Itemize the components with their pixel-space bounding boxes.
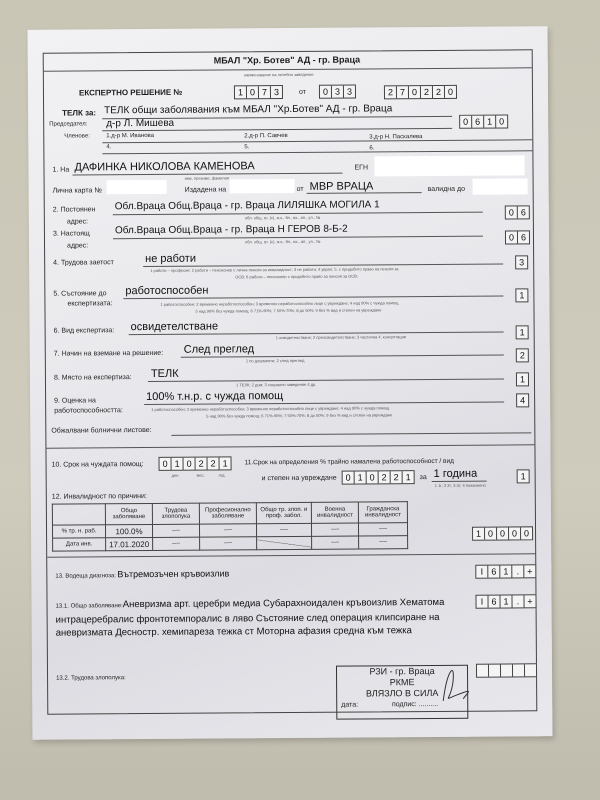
work-accident-code — [476, 663, 537, 677]
state-code: 1 — [515, 288, 528, 302]
disability-table: Общо заболяване Трудова злополука Профес… — [52, 501, 408, 551]
row-label: % тр. н. раб. — [52, 525, 105, 538]
employment-hint: 1 работи – професия; 2 работи – пенсионе… — [150, 266, 398, 273]
column-header: Общо тр. злоп. и проф. забол. — [256, 502, 311, 523]
work-accident-label: 13.2. Трудова злополука: — [56, 675, 126, 681]
issuer: МВР ВРАЦА — [310, 180, 374, 192]
name-label: 1. На — [52, 167, 69, 174]
lead-diagnosis-code: I61.+ — [475, 564, 536, 578]
exam-type-label: 6. Вид експертиза: — [54, 327, 115, 334]
address-caption-2: обл. общ. гр. (с), ж.к., бл., вх., ап., … — [245, 239, 320, 245]
permanent-address-label-2: адрес: — [67, 218, 88, 225]
place-code: 1 — [516, 372, 529, 386]
general-disease-code: I61.+ — [475, 594, 536, 608]
state-value: работоспособен — [125, 285, 208, 298]
assessment-value: 100% т.н.р. с чужда помощ — [146, 390, 283, 403]
members-label: Членове: — [64, 133, 90, 139]
state-label-2: експертизата: — [67, 300, 112, 307]
caption-month: мес. — [197, 473, 205, 478]
general-disease-label: 13.1. Общо заболяване: — [56, 603, 123, 609]
table-cell — [257, 536, 312, 549]
institution-caption: наименование на лечебно заведение — [244, 72, 314, 77]
caption-year: год. — [219, 472, 226, 477]
stamp-signature-label: подпис: — [392, 701, 417, 708]
row-label: Дата инв. — [53, 538, 106, 551]
assessment-code: 4 — [516, 393, 529, 407]
table-cell: ---- — [312, 536, 359, 549]
employment-value: не работи — [145, 253, 196, 265]
lead-diagnosis-label: 13. Водеща диагноза: — [55, 573, 116, 579]
column-header: Трудова злополука — [152, 503, 199, 524]
id-card-label: Лична карта № — [53, 187, 102, 194]
name-caption: име, презиме, фамилия — [185, 175, 230, 180]
redacted-egn — [374, 155, 524, 176]
signature-scribble — [433, 661, 473, 711]
column-header: Военна инвалидност — [311, 502, 358, 523]
form-frame: МБАЛ "Хр. Ботев" АД - гр. Враца наименов… — [43, 49, 538, 714]
table-cell: ---- — [256, 523, 311, 536]
telk-value: ТЕЛК общи заболявания към МБАЛ "Хр.Ботев… — [104, 103, 392, 116]
help-term-boxes: 010221 — [159, 456, 232, 471]
valid-until-label: валидна до — [428, 186, 465, 193]
lead-diagnosis: Вътремозъчен кръвоизлив — [117, 568, 229, 579]
decision-number-boxes: 1073 — [234, 85, 283, 99]
exam-type-hint: 1 освидетелстване; 2 преосвидетелстване;… — [276, 334, 406, 340]
place-label: 8. Място на експертиза: — [54, 374, 132, 382]
member-5: 5. — [244, 144, 249, 150]
member-2: 2.д-р П. Савчев — [244, 133, 288, 139]
telk-code-boxes: 0610 — [459, 114, 508, 128]
member-4: 4. — [106, 144, 111, 150]
form-paper: МБАЛ "Хр. Ботев" АД - гр. Враца наименов… — [28, 26, 553, 740]
general-disease: 13.1. Общо заболяване:Аневризма арт. цер… — [55, 596, 445, 640]
member-1: 1.д-р М. Иванова — [106, 133, 154, 139]
caption-day: ден — [172, 473, 179, 478]
sick-leave-label: Обжалвани болнични листове: — [51, 427, 151, 435]
decision-label: ЕКСПЕРТНО РЕШЕНИЕ № — [79, 88, 182, 98]
protocol-number-boxes: 033 — [319, 85, 356, 99]
permanent-address-label: 2. Постоянен — [53, 206, 96, 213]
chair-label: Председател: — [49, 121, 87, 127]
table-cell: ---- — [152, 524, 199, 537]
current-address-code: 06 — [505, 230, 530, 244]
exam-type-value: освидетелстване — [131, 321, 219, 334]
method-code: 2 — [516, 348, 529, 362]
state-hint-2: 5 над 90% без чужда помощ; 6 71%-90%; 7 … — [195, 307, 381, 313]
current-address: Обл.Враца Общ.Враца - гр. Враца Н ГЕРОВ … — [115, 224, 348, 237]
table-cell: ---- — [358, 523, 407, 536]
period-boxes: 010221 — [342, 470, 415, 485]
method-label: 7. Начин на вземане на решение: — [54, 350, 163, 358]
permanent-address: Обл.Враца Общ.Враца - гр. Враца ЛИЛЯШКА … — [115, 199, 380, 212]
issuer-from-label: от — [297, 186, 304, 193]
column-header: Гражданска инвалидност — [358, 502, 407, 523]
help-term-label: 10. Срок на чуждата помощ: — [52, 461, 144, 469]
employment-code: 3 — [515, 255, 528, 269]
disability-title: 12. Инвалидност по причини: — [52, 493, 147, 501]
column-header: Професионално заболяване — [199, 503, 256, 524]
redacted-id — [107, 180, 167, 194]
issued-label: Издадена на — [185, 186, 227, 193]
assessment-label: 9. Оценка на — [54, 397, 96, 404]
method-hint: 1 по документи; 2 след преглед — [246, 358, 305, 363]
redacted-issued-date — [230, 179, 295, 193]
person-name: ДАФИНКА НИКОЛОВА КАМЕНОВА — [74, 160, 254, 173]
table-cell: ---- — [311, 523, 358, 536]
place-hint: 1 ТЕЛК; 2 дом; 3 социално заведение 4 др… — [236, 382, 316, 388]
table-cell: ---- — [153, 537, 200, 550]
permanent-address-code: 06 — [505, 205, 530, 219]
for-label: за — [420, 474, 427, 481]
duration-hint: 1 1г; 2 2г; 3 3г; 4 пожизнено — [435, 483, 486, 488]
employment-hint-2: ОСВ; 6 работи – пенсионер с придобито пр… — [235, 274, 358, 280]
state-label: 5. Състояние до — [53, 290, 106, 297]
current-address-label: 3. Настоящ — [53, 230, 90, 237]
stamp-date-label: дата: — [341, 702, 358, 709]
place-value: ТЕЛК — [151, 368, 179, 380]
current-address-label-2: адрес: — [67, 242, 88, 249]
from-label: от — [299, 89, 306, 96]
assessment-hint: 1 работоспособен; 2 временно неработоспо… — [151, 405, 389, 412]
chair-name: д-р Л. Мишева — [106, 118, 174, 129]
duration-code: 1 — [517, 469, 530, 483]
telk-label: ТЕЛК за: — [62, 108, 96, 117]
address-caption: обл. общ. гр. (с), ж.к., бл., вх., ап., … — [245, 215, 320, 221]
table-cell: ---- — [199, 524, 256, 537]
institution-name: МБАЛ "Хр. Ботев" АД - гр. Враца — [214, 55, 360, 66]
employment-label: 4. Трудова заетост — [53, 259, 114, 266]
method-value: След преглед — [184, 343, 254, 355]
decision-date-boxes: 270220 — [384, 85, 457, 100]
exam-type-code: 1 — [516, 325, 529, 339]
column-header: Общо заболяване — [105, 503, 152, 524]
assessment-hint-2: 5 над 90% без чужда помощ; 6 71%-90%; 7 … — [206, 412, 392, 418]
table-cell: 100.0% — [105, 524, 152, 537]
period-label: 11.Срок на определения % трайно намалена… — [245, 458, 454, 466]
table-cell: 17.01.2020 — [106, 537, 153, 550]
table-cell: ---- — [200, 537, 257, 550]
duration-value: 1 година — [434, 468, 478, 480]
table-cell: ---- — [359, 536, 408, 549]
redacted-valid-until — [473, 178, 528, 194]
table-row: Дата инв. 17.01.2020 ---- ---- ---- ---- — [53, 536, 408, 551]
egn-label: ЕГН — [354, 164, 368, 171]
period-label-2: и степен на увреждане — [262, 475, 337, 483]
assessment-label-2: работоспособността: — [54, 407, 123, 414]
state-hint: 1 работоспособен; 2 временно неработоспо… — [160, 300, 398, 307]
disability-code: 10000 — [472, 526, 533, 540]
